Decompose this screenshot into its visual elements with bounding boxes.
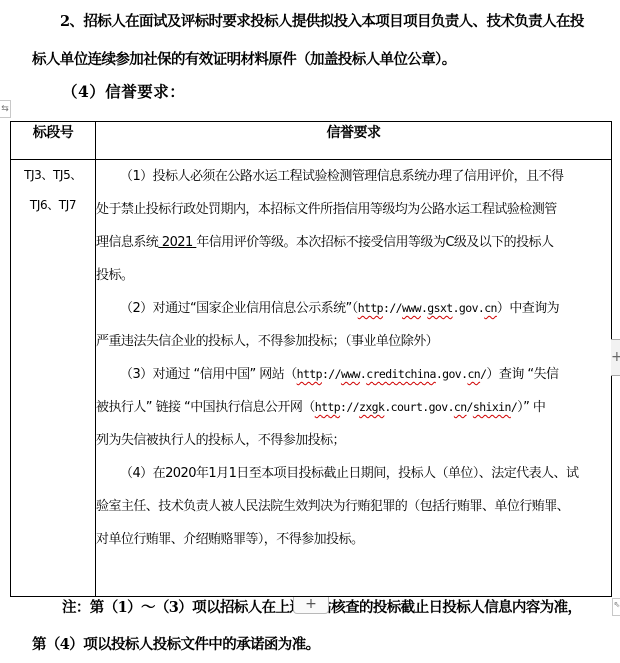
requirement-1-line-3: 理信息系统 2021 年信用评价等级。本次招标不接受信用等级为C级及以下的投标人 xyxy=(96,226,611,259)
note-line-2: 第（4）项以投标人投标文件中的承诺函为准。 xyxy=(32,633,320,654)
section-heading-credit-requirements: （4）信誉要求： xyxy=(62,80,185,102)
credit-year-field: 2021 xyxy=(158,235,196,250)
requirements-cell[interactable]: （1）投标人必须在公路水运工程试验检测管理信息系统办理了信用评价，且不得 处于禁… xyxy=(96,160,612,597)
requirement-1-line-1: （1）投标人必须在公路水运工程试验检测管理信息系统办理了信用评价，且不得 xyxy=(96,160,611,193)
table-resize-icon[interactable]: ⇖ xyxy=(612,598,620,616)
creditchina-url-link[interactable]: http://www.creditchina.gov.cn/ xyxy=(297,367,487,381)
requirement-3-line-2: 被执行人” 链接 “中国执行信息公开网（http://zxgk.court.go… xyxy=(96,391,611,424)
requirement-4-line-2: 验室主任、技术负责人被人民法院生效判决为行贿犯罪的（包括行贿罪、单位行贿罪、 xyxy=(96,490,611,523)
insert-column-icon[interactable]: + xyxy=(611,339,620,376)
gsxt-url-link[interactable]: http://www.gsxt.gov.cn xyxy=(358,301,497,315)
table-header-row: 标段号 信誉要求 xyxy=(11,122,612,160)
requirement-1-text: 理信息系统 xyxy=(96,235,158,250)
paragraph-item-2: 2、招标人在面试及评标时要求投标人提供拟投入本项目项目负责人、技术负责人在投 xyxy=(60,10,584,31)
table-row: TJ3、TJ5、 TJ6、TJ7 （1）投标人必须在公路水运工程试验检测管理信息… xyxy=(11,160,612,597)
requirement-4: （4）在2020年1月1日至本项目投标截止日期间，投标人（单位）、法定代表人、试… xyxy=(96,457,611,556)
lot-numbers-line-2: TJ6、TJ7 xyxy=(11,190,95,220)
table-move-handle-icon[interactable]: ⇆ xyxy=(0,100,11,118)
requirement-1: （1）投标人必须在公路水运工程试验检测管理信息系统办理了信用评价，且不得 处于禁… xyxy=(96,160,611,292)
requirement-4-line-3: 对单位行贿罪、介绍贿赂罪等），不得参加投标。 xyxy=(96,523,611,556)
header-credit-requirements: 信誉要求 xyxy=(96,122,612,160)
lot-numbers-cell: TJ3、TJ5、 TJ6、TJ7 xyxy=(11,160,96,597)
requirement-3: （3）对通过 “信用中国” 网站（http://www.creditchina.… xyxy=(96,358,611,457)
requirement-2-line-1: （2）对通过“国家企业信用信息公示系统”（http://www.gsxt.gov… xyxy=(96,292,611,325)
paragraph-item-2-continued: 标人单位连续参加社保的有效证明材料原件（加盖投标人单位公章）。 xyxy=(32,48,456,69)
requirement-1-line-2: 处于禁止投标行政处罚期内，本招标文件所指信用等级均为公路水运工程试验检测管 xyxy=(96,193,611,226)
requirement-3-text: （3）对通过 “信用中国” 网站（ xyxy=(120,367,297,382)
zxgk-url-link[interactable]: http://zxgk.court.gov.cn/shixin/ xyxy=(315,400,517,414)
requirement-3-text: ）查询 “失信 xyxy=(486,367,558,382)
requirement-1-line-4: 投标。 xyxy=(96,259,611,292)
requirement-3-text: 被执行人” 链接 “中国执行信息公开网（ xyxy=(96,400,315,415)
add-row-button[interactable]: + xyxy=(293,597,329,614)
requirement-2: （2）对通过“国家企业信用信息公示系统”（http://www.gsxt.gov… xyxy=(96,292,611,358)
requirement-4-line-1: （4）在2020年1月1日至本项目投标截止日期间，投标人（单位）、法定代表人、试 xyxy=(96,457,611,490)
requirement-3-line-3: 列为失信被执行人的投标人，不得参加投标； xyxy=(96,424,611,457)
requirement-3-line-1: （3）对通过 “信用中国” 网站（http://www.creditchina.… xyxy=(96,358,611,391)
requirement-2-text: （2）对通过“国家企业信用信息公示系统”（ xyxy=(120,301,358,316)
requirement-2-line-2: 严重违法失信企业的投标人，不得参加投标；（事业单位除外） xyxy=(96,325,611,358)
requirement-1-text: 年信用评价等级。本次招标不接受信用等级为C级及以下的投标人 xyxy=(196,235,553,250)
header-lot-number: 标段号 xyxy=(11,122,96,160)
credit-requirements-table: 标段号 信誉要求 TJ3、TJ5、 TJ6、TJ7 （1）投标人必须在公路水运工… xyxy=(10,121,612,597)
requirement-3-text: ）” 中 xyxy=(517,400,545,415)
lot-numbers-line-1: TJ3、TJ5、 xyxy=(11,160,95,190)
requirement-2-text: ）中查询为 xyxy=(497,301,559,316)
